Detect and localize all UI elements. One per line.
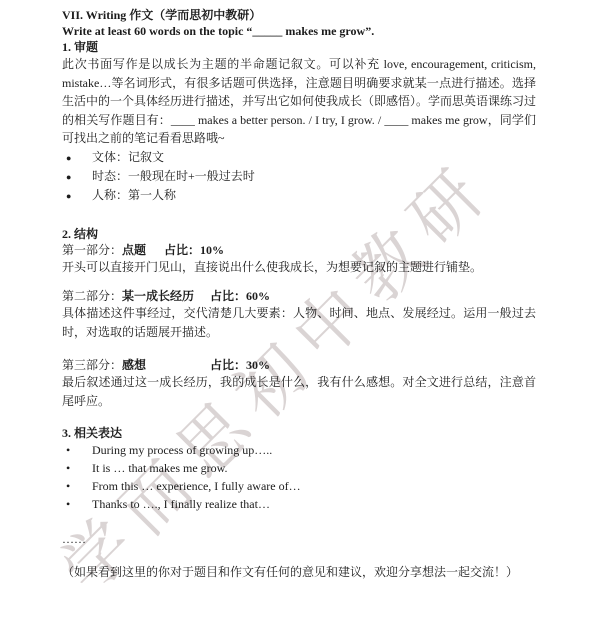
part3-desc: 最后叙述通过这一成长经历，我的成长是什么，我有什么感想。对全文进行总结，注意首尾…	[62, 373, 536, 410]
part2-title: 第二部分：某一成长经历占比：60%	[62, 288, 536, 304]
list-item: ● 时态：一般现在时+一般过去时	[62, 167, 536, 186]
list-item-text: During my process of growing up…..	[92, 441, 272, 459]
section3-heading: 3. 相关表达	[62, 425, 536, 441]
part3-name: 感想	[122, 358, 146, 372]
bullet-icon: •	[66, 459, 92, 477]
list-item: ● 文体：记叙文	[62, 148, 536, 167]
bullet-icon: •	[66, 441, 92, 459]
part3-label: 第三部分：	[62, 358, 122, 372]
writing-prompt: Write at least 60 words on the topic “__…	[62, 24, 536, 40]
part3-ratio: 占比：30%	[210, 358, 270, 372]
part2-desc: 具体描述这件事经过，交代清楚几大要素：人物、时间、地点、发展经过。运用一般过去时…	[62, 304, 536, 341]
list-item: ● 人称：第一人称	[62, 186, 536, 205]
closing-note: （如果看到这里的你对于题目和作文有任何的意见和建议，欢迎分享想法一起交流！）	[62, 563, 536, 582]
bullet-icon: •	[66, 495, 92, 513]
part1-label: 第一部分：	[62, 243, 122, 257]
list-item-text: 时态：一般现在时+一般过去时	[92, 167, 255, 185]
doc-title: VII. Writing 作文（学而思初中教研）	[62, 8, 536, 24]
section1-heading: 1. 审题	[62, 39, 536, 55]
bullet-icon: ●	[66, 187, 92, 205]
part2-ratio: 占比：60%	[210, 289, 270, 303]
list-item-text: It is … that makes me grow.	[92, 459, 228, 477]
bullet-icon: ●	[66, 168, 92, 186]
list-item-text: 人称：第一人称	[92, 186, 176, 204]
section1-paragraph: 此次书面写作是以成长为主题的半命题记叙文。可以补充 love, encourag…	[62, 55, 536, 148]
list-item: • Thanks to …., I finally realize that…	[62, 495, 536, 513]
list-item: • It is … that makes me grow.	[62, 459, 536, 477]
ellipsis-line: ……	[62, 530, 536, 549]
bullet-icon: •	[66, 477, 92, 495]
list-item-text: 文体：记叙文	[92, 148, 164, 166]
part2-name: 某一成长经历	[122, 289, 194, 303]
section1-bullet-list: ● 文体：记叙文 ● 时态：一般现在时+一般过去时 ● 人称：第一人称	[62, 148, 536, 205]
section2-heading: 2. 结构	[62, 226, 536, 242]
part1-title: 第一部分：点题占比：10%	[62, 242, 536, 258]
part2-label: 第二部分：	[62, 289, 122, 303]
list-item: • During my process of growing up…..	[62, 441, 536, 459]
part1-ratio: 占比：10%	[164, 243, 224, 257]
document-page: 学而思初中教研 VII. Writing 作文（学而思初中教研） Write a…	[0, 0, 600, 617]
bullet-icon: ●	[66, 149, 92, 167]
part1-name: 点题	[122, 243, 146, 257]
section3-bullet-list: • During my process of growing up….. • I…	[62, 441, 536, 513]
list-item-text: From this … experience, I fully aware of…	[92, 477, 301, 495]
part3-title: 第三部分：感想占比：30%	[62, 357, 536, 373]
list-item-text: Thanks to …., I finally realize that…	[92, 495, 270, 513]
part1-desc: 开头可以直接开门见山，直接说出什么使我成长，为想要记叙的主题进行铺垫。	[62, 258, 536, 277]
list-item: • From this … experience, I fully aware …	[62, 477, 536, 495]
document-content: VII. Writing 作文（学而思初中教研） Write at least …	[62, 8, 536, 581]
